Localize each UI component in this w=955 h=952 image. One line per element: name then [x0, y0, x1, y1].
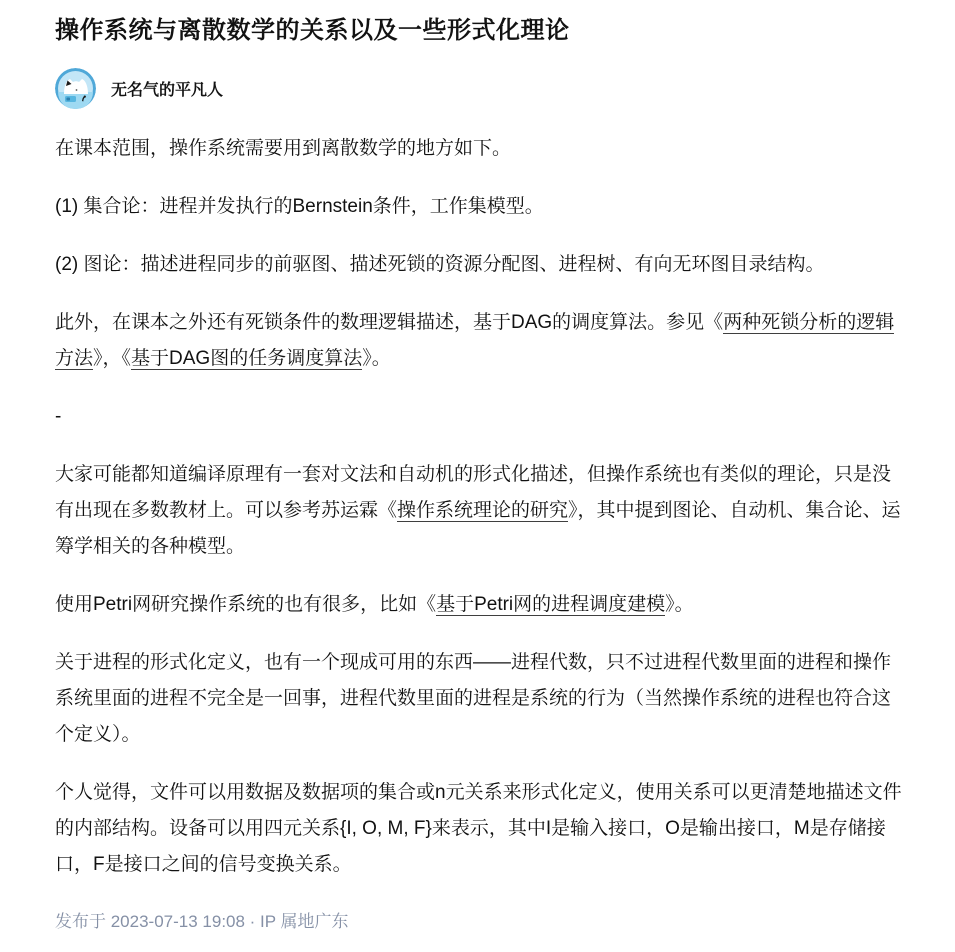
text-segment: 在课本范围，操作系统需要用到离散数学的地方如下。 [55, 138, 511, 159]
article-paragraph: - [55, 399, 903, 435]
author-name[interactable]: 无名气的平凡人 [111, 77, 223, 100]
text-segment: 》。 [362, 348, 391, 369]
article-paragraph: 此外，在课本之外还有死锁条件的数理逻辑描述，基于DAG的调度算法。参见《两种死锁… [55, 305, 903, 377]
text-segment: 个人觉得，文件可以用数据及数据项的集合或n元关系来形式化定义，使用关系可以更清楚… [55, 782, 902, 875]
publish-meta: 发布于 2023-07-13 19:08 · IP 属地广东 [55, 909, 903, 952]
article-paragraph: (1) 集合论：进程并发执行的Bernstein条件，工作集模型。 [55, 189, 903, 225]
article-link[interactable]: 操作系统理论的研究 [397, 500, 568, 522]
text-segment: (1) 集合论：进程并发执行的Bernstein条件，工作集模型。 [55, 196, 544, 217]
text-segment: (2) 图论：描述进程同步的前驱图、描述死锁的资源分配图、进程树、有向无环图目录… [55, 254, 825, 275]
article-link[interactable]: 基于Petri网的进程调度建模 [436, 594, 665, 616]
text-segment: 》，《 [93, 348, 131, 369]
article-paragraph: 在课本范围，操作系统需要用到离散数学的地方如下。 [55, 131, 903, 167]
article-link[interactable]: 基于DAG图的任务调度算法 [131, 348, 362, 370]
blue-cat-avatar-icon [55, 68, 96, 109]
text-segment: 使用Petri网研究操作系统的也有很多，比如《 [55, 594, 436, 615]
article-paragraph: 个人觉得，文件可以用数据及数据项的集合或n元关系来形式化定义，使用关系可以更清楚… [55, 775, 903, 883]
text-segment: 此外，在课本之外还有死锁条件的数理逻辑描述，基于DAG的调度算法。参见《 [55, 312, 723, 333]
author-avatar[interactable] [55, 68, 96, 109]
author-row: 无名气的平凡人 [55, 68, 903, 109]
article-paragraph: 大家可能都知道编译原理有一套对文法和自动机的形式化描述，但操作系统也有类似的理论… [55, 457, 903, 565]
text-segment: 》。 [665, 594, 694, 615]
article-paragraph: 使用Petri网研究操作系统的也有很多，比如《基于Petri网的进程调度建模》。 [55, 587, 903, 623]
article-page: 操作系统与离散数学的关系以及一些形式化理论 无名气的平凡人 在课本范 [0, 0, 955, 952]
page-title: 操作系统与离散数学的关系以及一些形式化理论 [55, 14, 903, 48]
text-segment: 关于进程的形式化定义，也有一个现成可用的东西——进程代数，只不过进程代数里面的进… [55, 652, 891, 745]
text-segment: - [55, 406, 61, 427]
article-paragraph: 关于进程的形式化定义，也有一个现成可用的东西——进程代数，只不过进程代数里面的进… [55, 645, 903, 753]
article-body: 在课本范围，操作系统需要用到离散数学的地方如下。 (1) 集合论：进程并发执行的… [55, 131, 903, 883]
article-paragraph: (2) 图论：描述进程同步的前驱图、描述死锁的资源分配图、进程树、有向无环图目录… [55, 247, 903, 283]
